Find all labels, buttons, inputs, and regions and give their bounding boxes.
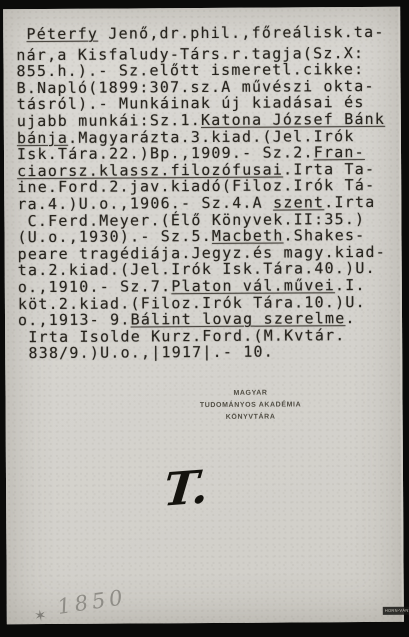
- photo-black-border: Péterfy Jenő,dr.phil.,főreálisk.ta-nár,a…: [0, 0, 409, 637]
- typed-text-block: Péterfy Jenő,dr.phil.,főreálisk.ta-nár,a…: [16, 24, 400, 362]
- underlined-text: Péterfy: [26, 25, 98, 43]
- catalog-card: Péterfy Jenő,dr.phil.,főreálisk.ta-nár,a…: [3, 7, 404, 624]
- typed-text: 838/9.)U.o.,|1917|.- 10.: [18, 343, 274, 363]
- typed-text: Jenő,dr.phil.,főreálisk.ta-: [98, 23, 385, 43]
- pencil-number: 1850: [56, 585, 128, 619]
- stamp-line-3: KÖNYVTÁRA: [156, 411, 346, 424]
- library-stamp: MAGYAR TUDOMÁNYOS AKADÉMIA KÖNYVTÁRA: [155, 387, 345, 424]
- typed-text: [16, 25, 26, 43]
- underlined-text: szent: [273, 193, 324, 211]
- typed-line: 838/9.)U.o.,|1917|.- 10.: [18, 343, 400, 362]
- typed-text: .I.: [335, 276, 366, 294]
- typed-text: .: [345, 309, 355, 327]
- underlined-text: Fran-: [314, 143, 365, 161]
- photo-corner-watermark: HORN-VÁNS: [383, 607, 409, 615]
- pencil-annotation: ✶1850: [32, 585, 129, 622]
- typed-line: Péterfy Jenő,dr.phil.,főreálisk.ta-: [16, 24, 398, 43]
- scanned-photo: { "photo": { "background_color": "#0b0b0…: [0, 0, 409, 637]
- handwritten-letter-t: T.: [161, 459, 211, 516]
- typed-text: .Irta: [324, 193, 375, 211]
- pencil-star-mark: ✶: [33, 606, 48, 626]
